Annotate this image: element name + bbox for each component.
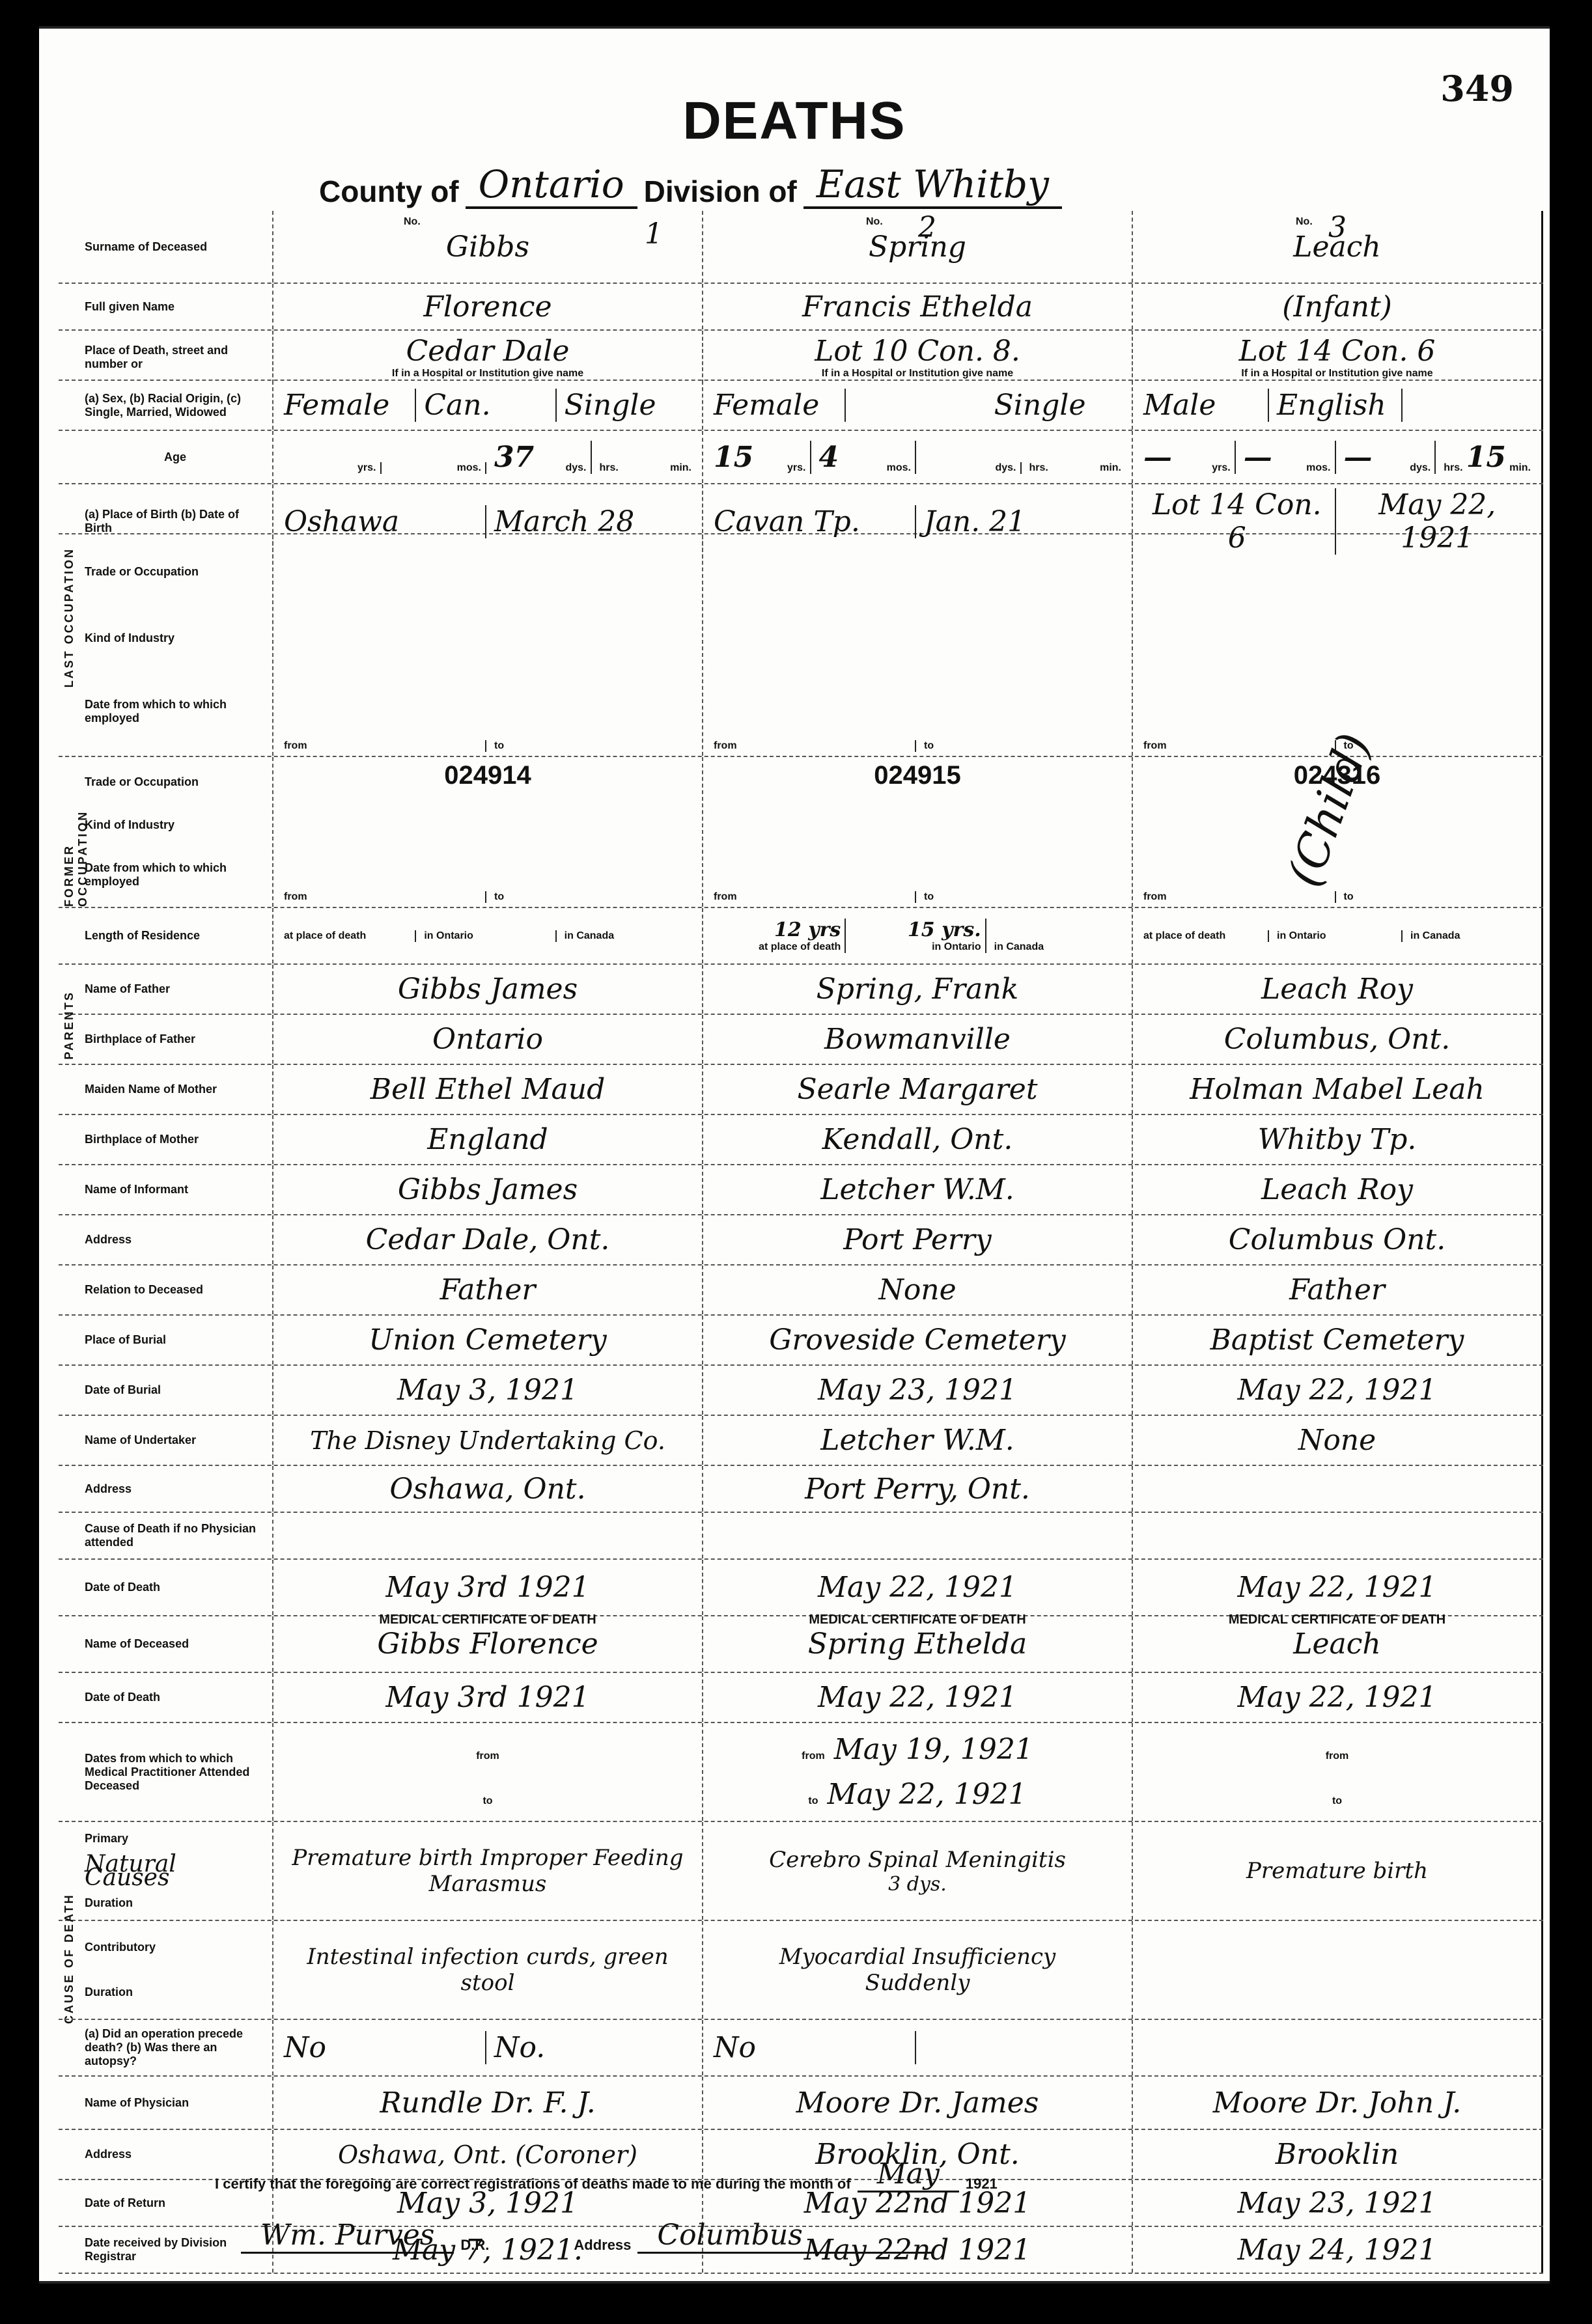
record-1-undertaker: The Disney Undertaking Co.	[273, 1416, 703, 1465]
record-1-last-occupation: fromto	[273, 534, 703, 756]
record-1-death-date: May 3rd 1921	[273, 1560, 703, 1615]
record-3-cause-no-physician	[1133, 1513, 1543, 1558]
row-place-of-death: Place of Death, street and number or Ced…	[59, 331, 1543, 381]
record-3-physician: Moore Dr. John J.	[1133, 2077, 1543, 2129]
label-mother-birthplace: Birthplace of Mother	[59, 1115, 273, 1164]
certify-month: May	[858, 2157, 959, 2193]
record-2-operation: No	[703, 2020, 1133, 2075]
dr-label: D.R.	[460, 2237, 489, 2254]
row-father-birthplace: Birthplace of Father Ontario Bowmanville…	[59, 1015, 1543, 1065]
row-burial-place: Place of Burial Union Cemetery Groveside…	[59, 1316, 1543, 1366]
certify-text: I certify that the foregoing are correct…	[215, 2176, 851, 2193]
record-2-cause-no-physician	[703, 1513, 1133, 1558]
record-1-mother-maiden: Bell Ethel Maud	[273, 1065, 703, 1114]
label-primary-cause: CAUSE OF DEATHPrimaryNatural CausesDurat…	[59, 1822, 273, 1920]
record-2-sex-origin: FemaleSingle	[703, 381, 1133, 430]
record-2-relation: None	[703, 1266, 1133, 1314]
registration-number-stamp: 024914	[444, 761, 531, 790]
label-mother-maiden: Maiden Name of Mother	[59, 1065, 273, 1114]
record-2-primary-cause: Cerebro Spinal Meningitis3 dys.	[703, 1822, 1133, 1920]
registration-number-stamp: 024915	[874, 761, 960, 790]
record-1-former-occupation: 024914fromto	[273, 757, 703, 907]
label-informant: Name of Informant	[59, 1165, 273, 1214]
record-2-informant: Letcher W.M.	[703, 1165, 1133, 1214]
record-3-surname: No.Leach3	[1133, 211, 1543, 283]
record-2-father-birthplace: Bowmanville	[703, 1015, 1133, 1064]
row-surname: Surname of Deceased No.Gibbs1 No.Spring2…	[59, 211, 1543, 284]
certify-year: 1921	[966, 2176, 998, 2193]
label-residence: Length of Residence	[59, 908, 273, 963]
record-1-father-name: Gibbs James	[273, 965, 703, 1014]
row-operation: (a) Did an operation precede death? (b) …	[59, 2020, 1543, 2077]
record-3-age: —yrs.—mos.—dys.hrs.15min.	[1133, 431, 1543, 483]
record-1-contributory-cause: Intestinal infection curds, green stool	[273, 1921, 703, 2019]
row-former-occupation: FORMER OCCUPATION Trade or OccupationKin…	[59, 757, 1543, 908]
row-informant-address: Address Cedar Dale, Ont. Port Perry Colu…	[59, 1215, 1543, 1266]
label-given-name: Full given Name	[59, 284, 273, 329]
record-3-attended: from to	[1133, 1723, 1543, 1821]
record-3-contributory-cause	[1133, 1921, 1543, 2019]
label-med-name: Name of Deceased	[59, 1616, 273, 1672]
label-death-date: Date of Death	[59, 1560, 273, 1615]
label-place-of-death: Place of Death, street and number or	[59, 331, 273, 383]
label-undertaker: Name of Undertaker	[59, 1416, 273, 1465]
row-med-death-date: Date of Death May 3rd 1921 May 22, 1921 …	[59, 1673, 1543, 1723]
record-1-age: yrs.mos.37dys.hrs.min.	[273, 431, 703, 483]
label-undertaker-address: Address	[59, 1466, 273, 1512]
registrar-address: Columbus	[637, 2219, 932, 2254]
record-2-undertaker-address: Port Perry, Ont.	[703, 1466, 1133, 1512]
record-2-father-name: Spring, Frank	[703, 965, 1133, 1014]
label-cause-no-physician: Cause of Death if no Physician attended	[59, 1513, 273, 1558]
row-last-occupation: LAST OCCUPATION Trade or OccupationKind …	[59, 534, 1543, 757]
row-primary-cause: CAUSE OF DEATHPrimaryNatural CausesDurat…	[59, 1822, 1543, 1921]
record-1-relation: Father	[273, 1266, 703, 1314]
registrar-signature: Wm. Purves	[241, 2219, 454, 2254]
registrar-certification: I certify that the foregoing are correct…	[215, 2157, 1452, 2254]
label-relation: Relation to Deceased	[59, 1266, 273, 1314]
record-1-med-name: MEDICAL CERTIFICATE OF DEATHGibbs Floren…	[273, 1616, 703, 1672]
row-cause-no-physician: Cause of Death if no Physician attended	[59, 1513, 1543, 1560]
record-2-burial-date: May 23, 1921	[703, 1366, 1133, 1415]
label-contributory-cause: ContributoryDuration	[59, 1921, 273, 2019]
label-med-death-date: Date of Death	[59, 1673, 273, 1722]
record-2-informant-address: Port Perry	[703, 1215, 1133, 1264]
division-label: Division of	[644, 174, 797, 209]
record-3-burial-place: Baptist Cemetery	[1133, 1316, 1543, 1364]
record-2-former-occupation: 024915fromto	[703, 757, 1133, 907]
record-3-given-name: (Infant)	[1133, 284, 1543, 329]
record-1-father-birthplace: Ontario	[273, 1015, 703, 1064]
label-last-occupation: LAST OCCUPATION Trade or OccupationKind …	[59, 534, 273, 756]
county-value: Ontario	[466, 162, 637, 209]
record-1-undertaker-address: Oshawa, Ont.	[273, 1466, 703, 1512]
record-1-sex-origin: FemaleCan.Single	[273, 381, 703, 430]
record-3-burial-date: May 22, 1921	[1133, 1366, 1543, 1415]
address-label: Address	[574, 2237, 631, 2254]
row-age: Age yrs.mos.37dys.hrs.min. 15yrs.4mos.dy…	[59, 431, 1543, 484]
row-undertaker: Name of Undertaker The Disney Undertakin…	[59, 1416, 1543, 1466]
record-1-med-death-date: May 3rd 1921	[273, 1673, 703, 1722]
county-label: County of	[319, 174, 459, 209]
record-1-cause-no-physician	[273, 1513, 703, 1558]
record-1-residence: at place of deathin Ontarioin Canada	[273, 908, 703, 963]
record-2-physician: Moore Dr. James	[703, 2077, 1133, 2129]
record-2-burial-place: Groveside Cemetery	[703, 1316, 1133, 1364]
label-sex-origin: (a) Sex, (b) Racial Origin, (c) Single, …	[59, 381, 273, 430]
record-2-last-occupation: fromto	[703, 534, 1133, 756]
record-3-med-death-date: May 22, 1921	[1133, 1673, 1543, 1722]
label-age: Age	[59, 431, 273, 483]
record-3-relation: Father	[1133, 1266, 1543, 1314]
record-3-mother-maiden: Holman Mabel Leah	[1133, 1065, 1543, 1114]
record-2-place-of-death: Lot 10 Con. 8.If in a Hospital or Instit…	[703, 331, 1133, 383]
row-informant: Name of Informant Gibbs James Letcher W.…	[59, 1165, 1543, 1215]
row-given-name: Full given Name Florence Francis Ethelda…	[59, 284, 1543, 331]
label-burial-place: Place of Burial	[59, 1316, 273, 1364]
record-2-attended: from May 19, 1921to May 22, 1921	[703, 1723, 1133, 1821]
record-3-former-occupation: 024316(Child)fromto	[1133, 757, 1543, 907]
death-register-page: 349 DEATHS County of Ontario Division of…	[39, 26, 1550, 2284]
record-1-burial-place: Union Cemetery	[273, 1316, 703, 1364]
record-1-operation: NoNo.	[273, 2020, 703, 2075]
record-2-death-date: May 22, 1921	[703, 1560, 1133, 1615]
record-3-father-birthplace: Columbus, Ont.	[1133, 1015, 1543, 1064]
label-informant-address: Address	[59, 1215, 273, 1264]
label-surname: Surname of Deceased	[59, 211, 273, 283]
label-former-occupation: FORMER OCCUPATION Trade or OccupationKin…	[59, 757, 273, 907]
record-1-informant: Gibbs James	[273, 1165, 703, 1214]
record-2-given-name: Francis Ethelda	[703, 284, 1133, 329]
row-physician: Name of Physician Rundle Dr. F. J. Moore…	[59, 2077, 1543, 2130]
record-1-given-name: Florence	[273, 284, 703, 329]
record-3-med-name: MEDICAL CERTIFICATE OF DEATHLeach	[1133, 1616, 1543, 1672]
record-2-contributory-cause: Myocardial InsufficiencySuddenly	[703, 1921, 1133, 2019]
label-operation: (a) Did an operation precede death? (b) …	[59, 2020, 273, 2075]
record-1-surname: No.Gibbs1	[273, 211, 703, 283]
record-3-place-of-death: Lot 14 Con. 6If in a Hospital or Institu…	[1133, 331, 1543, 383]
row-birth: (a) Place of Birth (b) Date of Birth Osh…	[59, 484, 1543, 534]
record-3-last-occupation: fromto	[1133, 534, 1543, 756]
row-mother-maiden: Maiden Name of Mother Bell Ethel Maud Se…	[59, 1065, 1543, 1115]
row-death-date: Date of Death May 3rd 1921 May 22, 1921 …	[59, 1560, 1543, 1616]
row-med-name: Name of Deceased MEDICAL CERTIFICATE OF …	[59, 1616, 1543, 1673]
label-father-name: PARENTSName of Father	[59, 965, 273, 1014]
row-attended: Dates from which to which Medical Practi…	[59, 1723, 1543, 1822]
record-3-mother-birthplace: Whitby Tp.	[1133, 1115, 1543, 1164]
label-burial-date: Date of Burial	[59, 1366, 273, 1415]
record-2-med-death-date: May 22, 1921	[703, 1673, 1133, 1722]
row-undertaker-address: Address Oshawa, Ont. Port Perry, Ont.	[59, 1466, 1543, 1513]
page-title: DEATHS	[39, 90, 1550, 152]
record-2-mother-maiden: Searle Margaret	[703, 1065, 1133, 1114]
record-2-residence: 12 yrsat place of death15 yrs.in Ontario…	[703, 908, 1133, 963]
record-1-burial-date: May 3, 1921	[273, 1366, 703, 1415]
record-1-attended: from to	[273, 1723, 703, 1821]
label-physician: Name of Physician	[59, 2077, 273, 2129]
record-2-surname: No.Spring2	[703, 211, 1133, 283]
row-contributory-cause: ContributoryDuration Intestinal infectio…	[59, 1921, 1543, 2020]
record-1-physician: Rundle Dr. F. J.	[273, 2077, 703, 2129]
row-relation: Relation to Deceased Father None Father	[59, 1266, 1543, 1316]
row-sex-origin: (a) Sex, (b) Racial Origin, (c) Single, …	[59, 381, 1543, 431]
record-1-mother-birthplace: England	[273, 1115, 703, 1164]
record-3-sex-origin: MaleEnglish	[1133, 381, 1543, 430]
row-mother-birthplace: Birthplace of Mother England Kendall, On…	[59, 1115, 1543, 1165]
label-father-birthplace: Birthplace of Father	[59, 1015, 273, 1064]
row-burial-date: Date of Burial May 3, 1921 May 23, 1921 …	[59, 1366, 1543, 1416]
record-3-undertaker: None	[1133, 1416, 1543, 1465]
record-3-operation	[1133, 2020, 1543, 2075]
record-3-death-date: May 22, 1921	[1133, 1560, 1543, 1615]
record-1-place-of-death: Cedar DaleIf in a Hospital or Institutio…	[273, 331, 703, 383]
record-3-primary-cause: Premature birth	[1133, 1822, 1543, 1920]
record-1-primary-cause: Premature birth Improper Feeding Marasmu…	[273, 1822, 703, 1920]
record-3-residence: at place of deathin Ontarioin Canada	[1133, 908, 1543, 963]
label-attended: Dates from which to which Medical Practi…	[59, 1723, 273, 1821]
record-1-informant-address: Cedar Dale, Ont.	[273, 1215, 703, 1264]
row-residence: Length of Residence at place of deathin …	[59, 908, 1543, 965]
record-3-informant-address: Columbus Ont.	[1133, 1215, 1543, 1264]
record-3-undertaker-address	[1133, 1466, 1543, 1512]
register-table: Surname of Deceased No.Gibbs1 No.Spring2…	[59, 211, 1543, 2274]
row-father-name: PARENTSName of Father Gibbs James Spring…	[59, 965, 1543, 1015]
register-header: County of Ontario Division of East Whitb…	[319, 162, 1062, 209]
record-3-father-name: Leach Roy	[1133, 965, 1543, 1014]
record-2-undertaker: Letcher W.M.	[703, 1416, 1133, 1465]
record-2-mother-birthplace: Kendall, Ont.	[703, 1115, 1133, 1164]
division-value: East Whitby	[803, 162, 1062, 209]
record-2-age: 15yrs.4mos.dys.hrs.min.	[703, 431, 1133, 483]
record-3-informant: Leach Roy	[1133, 1165, 1543, 1214]
record-2-med-name: MEDICAL CERTIFICATE OF DEATHSpring Ethel…	[703, 1616, 1133, 1672]
